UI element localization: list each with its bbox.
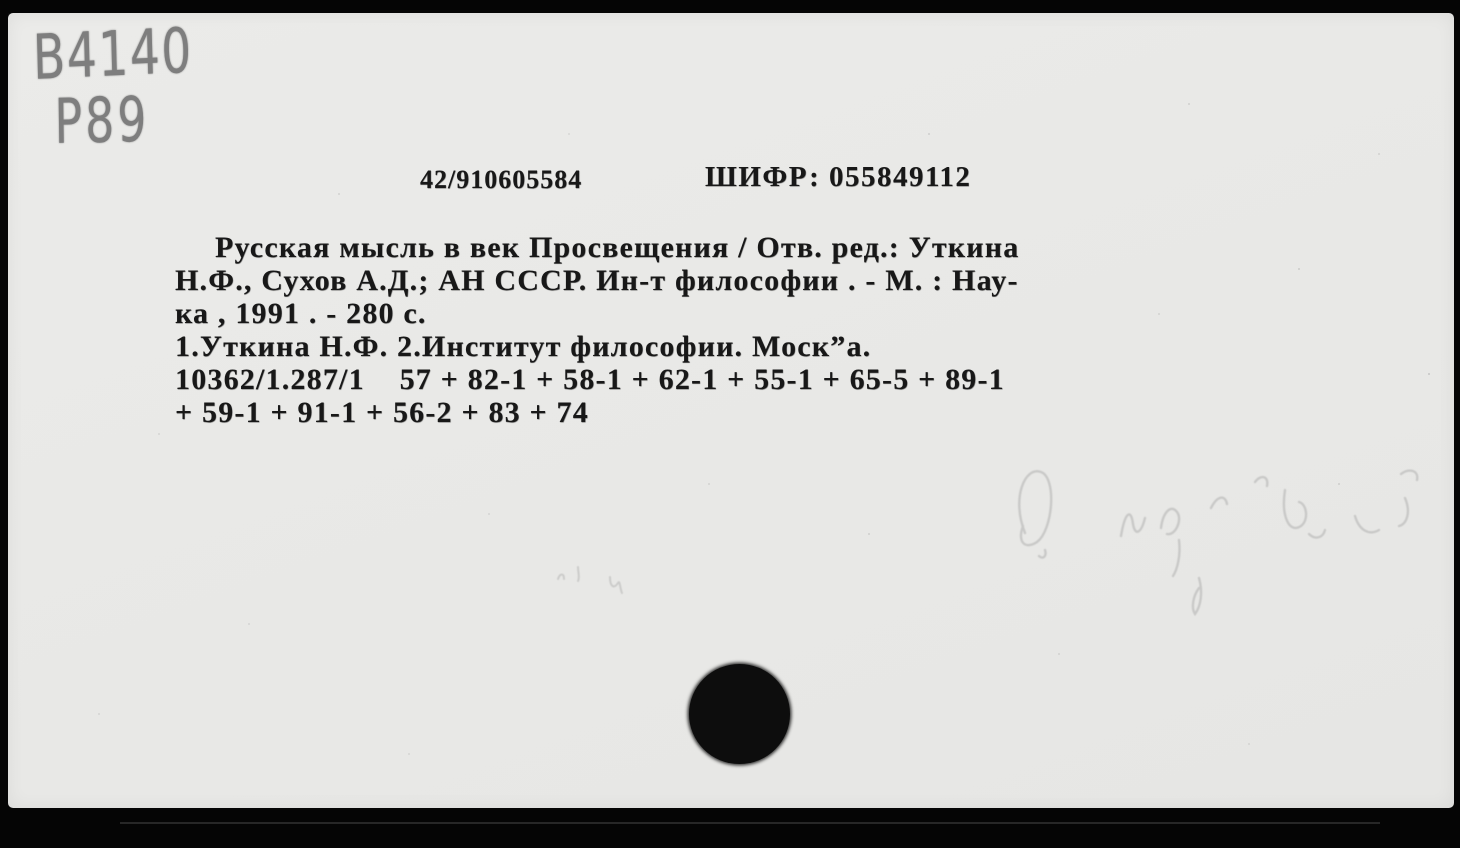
pencil-mark-small <box>548 553 668 613</box>
entry-line-title: Русская мысль в век Просвещения / Отв. р… <box>175 231 1355 264</box>
scan-noise-speckles <box>8 13 10 15</box>
pencil-scribble <box>1003 438 1443 623</box>
entry-line-editors: Н.Ф., Сухов А.Д.; АН СССР. Ин-т философи… <box>175 264 1355 297</box>
scanned-catalog-card-image: В4140 Р89 42/910605584 ШИФР: 055849112 Р… <box>0 0 1460 848</box>
entry-line-holdings-1: 10362/1.287/1 57 + 82-1 + 58-1 + 62-1 + … <box>175 363 1355 396</box>
scan-bottom-band <box>0 808 1460 848</box>
catalog-card: В4140 Р89 42/910605584 ШИФР: 055849112 Р… <box>8 13 1454 808</box>
accession-number: 42/910605584 <box>420 165 582 195</box>
shifr-code: ШИФР: 055849112 <box>705 161 971 194</box>
handwritten-call-number-line2: Р89 <box>54 83 150 158</box>
entry-line-imprint: ка , 1991 . - 280 с. <box>175 297 1355 330</box>
punched-hole-dot <box>689 664 790 764</box>
bibliographic-entry: Русская мысль в век Просвещения / Отв. р… <box>175 231 1355 429</box>
entry-line-holdings-2: + 59-1 + 91-1 + 56-2 + 83 + 74 <box>175 396 1355 429</box>
entry-line-tracings: 1.Уткина Н.Ф. 2.Институт философии. Моск… <box>175 330 1355 363</box>
handwritten-call-number-line1: В4140 <box>32 14 194 94</box>
scan-band-line <box>120 822 1380 824</box>
